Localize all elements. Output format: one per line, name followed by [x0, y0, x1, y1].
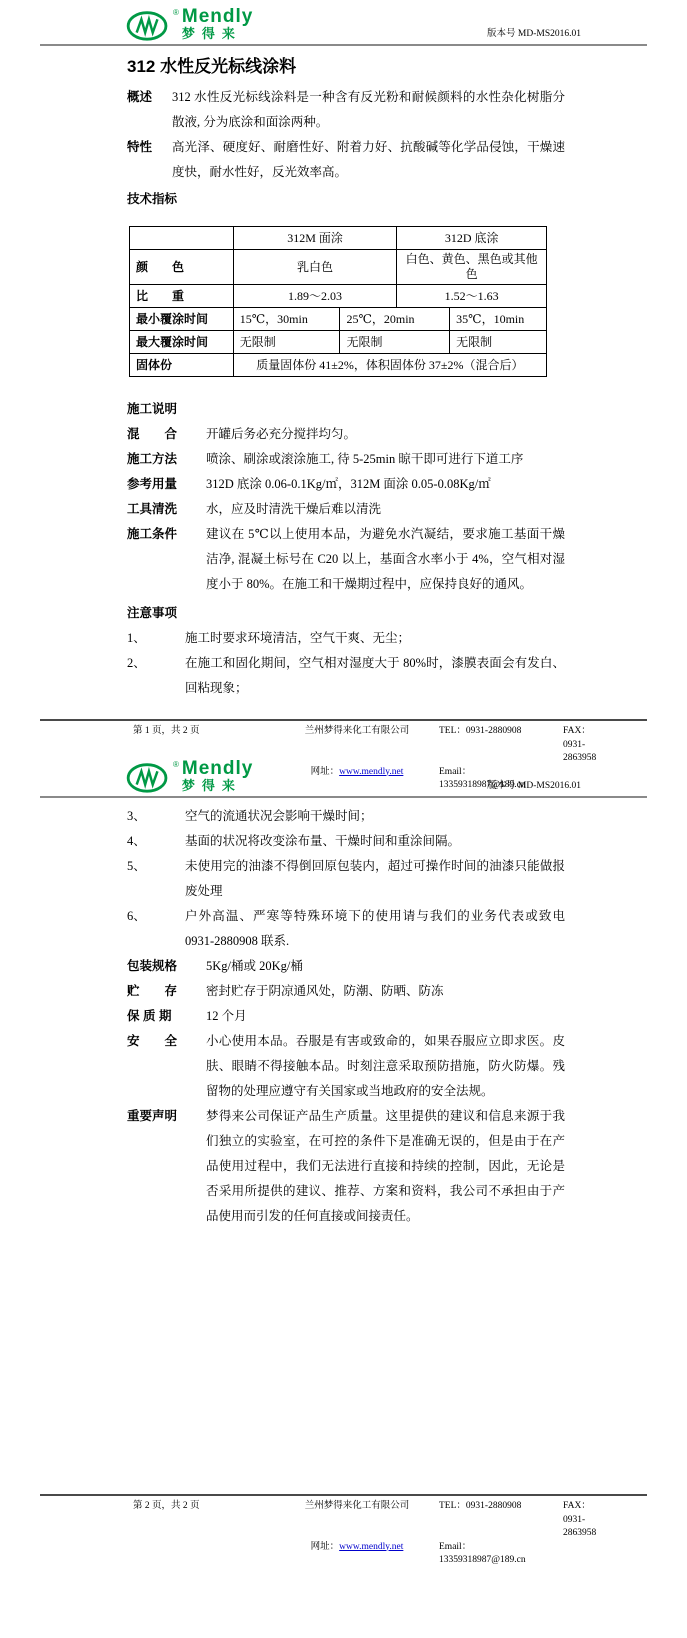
min-recoat-15c: 15℃，30min — [233, 308, 340, 331]
safety-item: 安 全 小心使用本品。吞服是有害或致命的，如果吞服应立即求医。皮肤、眼睛不得接触… — [127, 1029, 565, 1104]
note-1-text: 施工时要求环境清洁，空气干爽、无尘； — [185, 626, 565, 651]
note-item-6: 6、 户外高温、严寒等特殊环境下的使用请与我们的业务代表或致电 0931-288… — [127, 904, 565, 954]
construction-heading: 施工说明 — [127, 397, 565, 422]
min-recoat-35c: 35℃，10min — [450, 308, 547, 331]
gravity-primer: 1.52～1.63 — [397, 285, 547, 308]
website-row: 网址：www.mendly.net — [281, 1541, 433, 1568]
note-item-1: 1、 施工时要求环境清洁，空气干爽、无尘； — [127, 626, 565, 651]
conditions-label: 施工条件 — [127, 522, 206, 597]
max-recoat-2: 无限制 — [340, 331, 450, 354]
brand-name-cn: 梦得来 — [182, 26, 253, 41]
note-item-5: 5、 未使用完的油漆不得倒回原包装内，超过可操作时间的油漆只能做报废处理 — [127, 854, 565, 904]
solids-label: 固体份 — [130, 354, 234, 377]
brand-name: Mendly — [182, 8, 253, 26]
note-item-4: 4、 基面的状况将改变涂布量、干燥时间和重涂间隔。 — [127, 829, 565, 854]
packaging-label: 包装规格 — [127, 954, 206, 979]
storage-item: 贮 存 密封贮存于阴凉通风处，防潮、防晒、防冻 — [127, 979, 565, 1004]
color-primer: 白色、黄色、黑色或其他色 — [397, 250, 547, 285]
brand-logo: ® Mendly 梦得来 — [125, 760, 253, 794]
gravity-topcoat: 1.89～2.03 — [233, 285, 397, 308]
note-4-text: 基面的状况将改变涂布量、干燥时间和重涂间隔。 — [185, 829, 565, 854]
cleaning-label: 工具清洗 — [127, 497, 206, 522]
company-name: 兰州梦得来化工有限公司 — [281, 1500, 433, 1541]
construction-item-mixing: 混 合 开罐后务必充分搅拌均匀。 — [127, 422, 565, 447]
notes-heading: 注意事项 — [127, 601, 565, 626]
note-6-text: 户外高温、严寒等特殊环境下的使用请与我们的业务代表或致电 0931-288090… — [185, 904, 565, 954]
header-rule — [40, 44, 647, 46]
page2-header: ® Mendly 梦得来 版本号 MD-MS2016.01 — [0, 752, 687, 794]
email-label: Email：13359318987@189.cn — [439, 1541, 557, 1568]
spec-row-max-recoat: 最大覆涂时间 无限制 无限制 无限制 — [130, 331, 547, 354]
color-label: 颜 色 — [130, 250, 234, 285]
spec-corner-cell — [130, 227, 234, 250]
disclaimer-label: 重要声明 — [127, 1104, 206, 1229]
note-5-text: 未使用完的油漆不得倒回原包装内，超过可操作时间的油漆只能做报废处理 — [185, 854, 565, 904]
website-link[interactable]: www.mendly.net — [339, 1542, 403, 1552]
note-6-number: 6、 — [127, 904, 185, 954]
brand-wordmark: Mendly 梦得来 — [182, 760, 253, 793]
note-3-number: 3、 — [127, 804, 185, 829]
disclaimer-text: 梦得来公司保证产品生产质量。这里提供的建议和信息来源于我们独立的实验室，在可控的… — [206, 1104, 565, 1229]
page2-content: 3、 空气的流通状况会影响干燥时间； 4、 基面的状况将改变涂布量、干燥时间和重… — [0, 798, 565, 1229]
packaging-item: 包装规格 5Kg/桶或 20Kg/桶 — [127, 954, 565, 979]
page1-content: 312 水性反光标线涂料 概述 312 水性反光标线涂料是一种含有反光粉和耐候颜… — [0, 54, 565, 701]
method-label: 施工方法 — [127, 447, 206, 472]
shelf-life-label: 保 质 期 — [127, 1004, 206, 1029]
note-5-number: 5、 — [127, 854, 185, 904]
min-recoat-label: 最小覆涂时间 — [130, 308, 234, 331]
brand-name-cn: 梦得来 — [182, 778, 253, 793]
storage-label: 贮 存 — [127, 979, 206, 1004]
note-item-2: 2、 在施工和固化期间，空气相对湿度大于 80%时，漆膜表面会有发白、回粘现象； — [127, 651, 565, 701]
features-label: 特性 — [127, 135, 172, 185]
overview-text: 312 水性反光标线涂料是一种含有反光粉和耐候颜料的水性杂化树脂分散液, 分为底… — [172, 85, 565, 135]
tel-label: TEL：0931-2880908 — [439, 1500, 557, 1541]
max-recoat-label: 最大覆涂时间 — [130, 331, 234, 354]
tech-specs-heading: 技术指标 — [127, 187, 565, 212]
spec-row-min-recoat: 最小覆涂时间 15℃，30min 25℃，20min 35℃，10min — [130, 308, 547, 331]
page1-header: ® Mendly 梦得来 版本号 MD-MS2016.01 — [0, 0, 687, 42]
max-recoat-3: 无限制 — [450, 331, 547, 354]
fax-label: FAX：0931-2863958 — [563, 1500, 596, 1541]
page-title: 312 水性反光标线涂料 — [127, 54, 565, 79]
features-text: 高光泽、硬度好、耐磨性好、附着力好、抗酸碱等化学品侵蚀，干燥速度快，耐水性好，反… — [172, 135, 565, 185]
min-recoat-25c: 25℃，20min — [340, 308, 450, 331]
construction-item-conditions: 施工条件 建议在 5℃以上使用本品，为避免水汽凝结，要求施工基面干燥洁净, 混凝… — [127, 522, 565, 597]
page2-page-number: 第 2 页，共 2 页 — [133, 1500, 275, 1541]
note-4-number: 4、 — [127, 829, 185, 854]
cleaning-text: 水，应及时清洗干燥后难以清洗 — [206, 497, 565, 522]
color-topcoat: 乳白色 — [233, 250, 397, 285]
features-section: 特性 高光泽、硬度好、耐磨性好、附着力好、抗酸碱等化学品侵蚀，干燥速度快，耐水性… — [127, 135, 565, 185]
note-1-number: 1、 — [127, 626, 185, 651]
packaging-text: 5Kg/桶或 20Kg/桶 — [206, 954, 565, 979]
mixing-text: 开罐后务必充分搅拌均匀。 — [206, 422, 565, 447]
dosage-label: 参考用量 — [127, 472, 206, 497]
datasheet-document: ® Mendly 梦得来 版本号 MD-MS2016.01 312 水性反光标线… — [0, 0, 687, 1638]
spec-row-gravity: 比 重 1.89～2.03 1.52～1.63 — [130, 285, 547, 308]
note-3-text: 空气的流通状况会影响干燥时间； — [185, 804, 565, 829]
website-label: 网址： — [311, 1542, 340, 1552]
solids-value: 质量固体份 41±2%，体积固体份 37±2%（混合后） — [233, 354, 546, 377]
registered-mark: ® — [173, 9, 179, 17]
max-recoat-1: 无限制 — [233, 331, 340, 354]
construction-item-dosage: 参考用量 312D 底涂 0.06-0.1Kg/㎡，312M 面涂 0.05-0… — [127, 472, 565, 497]
spec-row-solids: 固体份 质量固体份 41±2%，体积固体份 37±2%（混合后） — [130, 354, 547, 377]
method-text: 喷涂、刷涂或滚涂施工, 待 5-25min 晾干即可进行下道工序 — [206, 447, 565, 472]
page2-footer: 第 2 页，共 2 页 兰州梦得来化工有限公司 TEL：0931-2880908… — [0, 1494, 687, 1568]
brand-name: Mendly — [182, 760, 253, 778]
version-label: 版本号 MD-MS2016.01 — [487, 28, 581, 42]
safety-text: 小心使用本品。吞服是有害或致命的，如果吞服应立即求医。皮肤、眼睛不得接触本品。时… — [206, 1029, 565, 1104]
mendly-logo-icon — [125, 760, 171, 794]
note-item-3: 3、 空气的流通状况会影响干燥时间； — [127, 804, 565, 829]
conditions-text: 建议在 5℃以上使用本品，为避免水汽凝结，要求施工基面干燥洁净, 混凝土标号在 … — [206, 522, 565, 597]
dosage-text: 312D 底涂 0.06-0.1Kg/㎡，312M 面涂 0.05-0.08Kg… — [206, 472, 565, 497]
brand-logo: ® Mendly 梦得来 — [125, 8, 253, 42]
construction-item-method: 施工方法 喷涂、刷涂或滚涂施工, 待 5-25min 晾干即可进行下道工序 — [127, 447, 565, 472]
shelf-life-item: 保 质 期 12 个月 — [127, 1004, 565, 1029]
storage-text: 密封贮存于阴凉通风处，防潮、防晒、防冻 — [206, 979, 565, 1004]
safety-label: 安 全 — [127, 1029, 206, 1104]
note-2-number: 2、 — [127, 651, 185, 701]
mendly-logo-icon — [125, 8, 171, 42]
overview-label: 概述 — [127, 85, 172, 135]
disclaimer-item: 重要声明 梦得来公司保证产品生产质量。这里提供的建议和信息来源于我们独立的实验室… — [127, 1104, 565, 1229]
gravity-label: 比 重 — [130, 285, 234, 308]
mixing-label: 混 合 — [127, 422, 206, 447]
note-2-text: 在施工和固化期间，空气相对湿度大于 80%时，漆膜表面会有发白、回粘现象； — [185, 651, 565, 701]
spec-row-color: 颜 色 乳白色 白色、黄色、黑色或其他色 — [130, 250, 547, 285]
spec-header-row: 312M 面涂 312D 底涂 — [130, 227, 547, 250]
page2: ® Mendly 梦得来 版本号 MD-MS2016.01 3、 空气的流通状况… — [0, 752, 687, 1229]
construction-item-cleaning: 工具清洗 水，应及时清洗干燥后难以清洗 — [127, 497, 565, 522]
registered-mark: ® — [173, 761, 179, 769]
brand-wordmark: Mendly 梦得来 — [182, 8, 253, 41]
spec-table: 312M 面涂 312D 底涂 颜 色 乳白色 白色、黄色、黑色或其他色 比 重… — [129, 226, 547, 377]
version-label: 版本号 MD-MS2016.01 — [487, 780, 581, 794]
shelf-life-text: 12 个月 — [206, 1004, 565, 1029]
spec-header-primer: 312D 底涂 — [397, 227, 547, 250]
overview-section: 概述 312 水性反光标线涂料是一种含有反光粉和耐候颜料的水性杂化树脂分散液, … — [127, 85, 565, 135]
spec-header-topcoat: 312M 面涂 — [233, 227, 397, 250]
